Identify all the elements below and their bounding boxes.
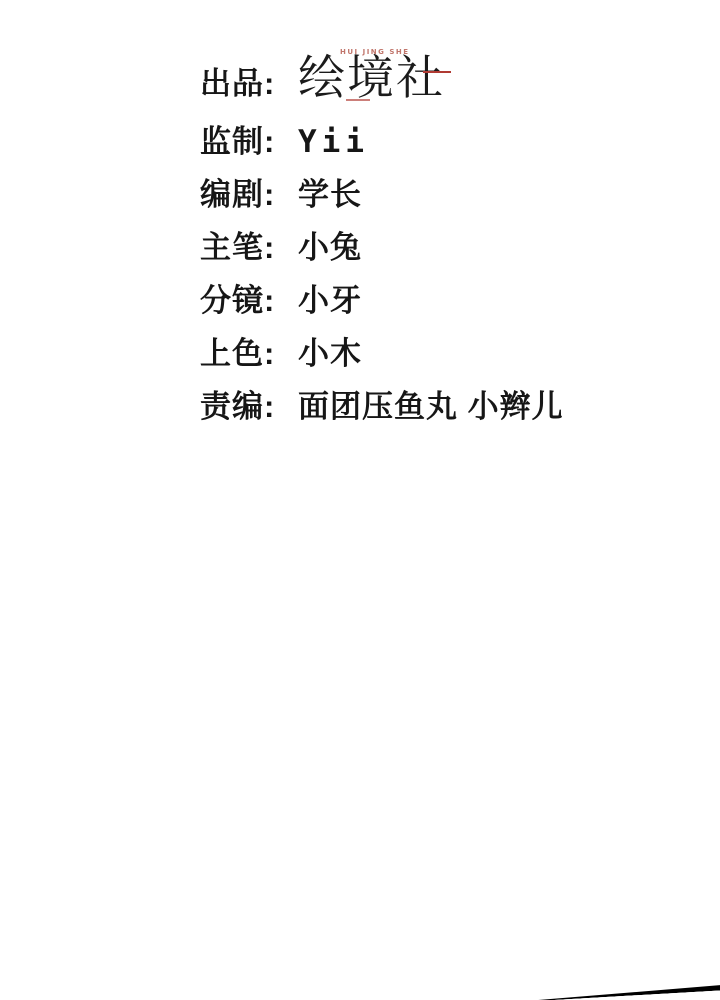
logo-accent-underline — [346, 99, 370, 101]
panel-edge-stripe — [537, 983, 720, 1000]
comic-credits-page: 出品: HUI JING SHE 绘境社 监制: Yii 编剧: 学长 主笔: … — [0, 0, 720, 1000]
credit-row: 主笔: 小兔 — [200, 232, 564, 264]
credit-label: 责编: — [200, 391, 298, 423]
credit-value: 小木 — [298, 338, 362, 370]
credit-row: 责编: 面团压鱼丸 小辫儿 — [200, 391, 564, 423]
credit-row: 上色: 小木 — [200, 338, 564, 370]
credit-label: 编剧: — [200, 179, 298, 211]
logo-accent-line — [423, 71, 451, 73]
credit-value: 面团压鱼丸 小辫儿 — [298, 391, 564, 423]
studio-logo-caption: HUI JING SHE — [340, 48, 410, 56]
credit-row: 监制: Yii — [200, 126, 564, 158]
studio-logo-text: 绘境社 — [298, 51, 445, 106]
credit-value: 学长 — [298, 179, 362, 211]
credit-label: 分镜: — [200, 285, 298, 317]
credit-value: 小牙 — [298, 285, 362, 317]
credit-value: Yii — [298, 126, 369, 158]
credit-label: 主笔: — [200, 232, 298, 264]
credit-row: 分镜: 小牙 — [200, 285, 564, 317]
credit-label: 出品: — [200, 68, 298, 100]
credit-label: 上色: — [200, 338, 298, 370]
credit-row-studio: 出品: HUI JING SHE 绘境社 — [200, 54, 564, 104]
credits-block: 出品: HUI JING SHE 绘境社 监制: Yii 编剧: 学长 主笔: … — [200, 54, 564, 444]
credit-row: 编剧: 学长 — [200, 179, 564, 211]
credit-value: 小兔 — [298, 232, 362, 264]
credit-label: 监制: — [200, 126, 298, 158]
studio-logo: HUI JING SHE 绘境社 — [298, 54, 445, 104]
